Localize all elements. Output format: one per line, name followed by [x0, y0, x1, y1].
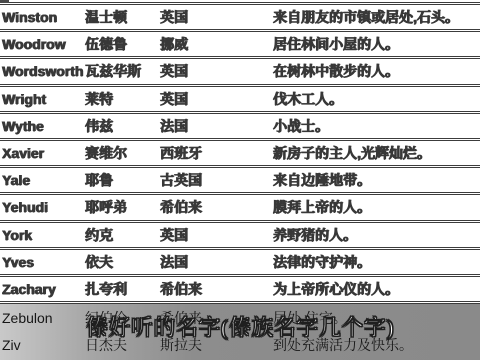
cell-origin: 英国 — [160, 10, 273, 24]
cell-english-name: Wythe — [2, 119, 85, 133]
cell-origin: 英国 — [160, 92, 273, 106]
cell-english-name: Yehudi — [2, 200, 85, 214]
cell-meaning: 来自边陲地带。 — [273, 173, 480, 187]
table-row: Woodrow伍德鲁挪威居住林间小屋的人。 — [0, 32, 480, 59]
names-table: Winston温士顿英国来自朋友的市镇或居处,石头。Woodrow伍德鲁挪威居住… — [0, 2, 480, 358]
table-row: Yves依夫法国法律的守护神。 — [0, 250, 480, 277]
cell-meaning: 膜拜上帝的人。 — [273, 200, 480, 214]
cell-transliteration: 耶鲁 — [85, 173, 160, 187]
table-row: Yehudi耶呼弟希伯来膜拜上帝的人。 — [0, 195, 480, 222]
cell-english-name: Wordsworth — [2, 64, 85, 78]
cell-origin: 古英国 — [160, 173, 273, 187]
cell-english-name: Winston — [2, 10, 85, 24]
table-row: Zachary扎夸利希伯来为上帝所心仪的人。 — [0, 277, 480, 304]
watermark-caption: 傣好听的名字(傣族名字几个字) — [0, 315, 480, 341]
cell-meaning: 居住林间小屋的人。 — [273, 37, 480, 51]
cell-meaning: 为上帝所心仪的人。 — [273, 282, 480, 296]
screenshot-stage: Winston温士顿英国来自朋友的市镇或居处,石头。Woodrow伍德鲁挪威居住… — [0, 0, 480, 360]
cell-english-name: Xavier — [2, 146, 85, 160]
cell-origin: 英国 — [160, 228, 273, 242]
cell-transliteration: 赛维尔 — [85, 146, 160, 160]
cell-english-name: Zachary — [2, 282, 85, 296]
cell-meaning: 来自朋友的市镇或居处,石头。 — [273, 10, 480, 24]
cell-origin: 法国 — [160, 119, 273, 133]
cell-transliteration: 温士顿 — [85, 10, 160, 24]
cell-transliteration: 莱特 — [85, 92, 160, 106]
cell-origin: 希伯来 — [160, 200, 273, 214]
cell-meaning: 伐木工人。 — [273, 92, 480, 106]
table-row: Wordsworth瓦兹华斯英国在树林中散步的人。 — [0, 59, 480, 86]
cell-origin: 英国 — [160, 64, 273, 78]
table-row: Wright莱特英国伐木工人。 — [0, 87, 480, 114]
table-row: Xavier赛维尔西班牙新房子的主人,光辉灿烂。 — [0, 141, 480, 168]
cell-origin: 希伯来 — [160, 282, 273, 296]
cell-english-name: Woodrow — [2, 37, 85, 51]
table-row: York约克英国养野猪的人。 — [0, 223, 480, 250]
cell-english-name: Yves — [2, 255, 85, 269]
table-row: Winston温士顿英国来自朋友的市镇或居处,石头。 — [0, 5, 480, 32]
cell-meaning: 养野猪的人。 — [273, 228, 480, 242]
cell-transliteration: 扎夸利 — [85, 282, 160, 296]
cell-transliteration: 耶呼弟 — [85, 200, 160, 214]
cell-english-name: Wright — [2, 92, 85, 106]
cell-transliteration: 瓦兹华斯 — [85, 64, 160, 78]
cell-transliteration: 约克 — [85, 228, 160, 242]
cell-transliteration: 依夫 — [85, 255, 160, 269]
cell-origin: 挪威 — [160, 37, 273, 51]
cell-meaning: 法律的守护神。 — [273, 255, 480, 269]
cell-transliteration: 伍德鲁 — [85, 37, 160, 51]
cell-origin: 西班牙 — [160, 146, 273, 160]
cell-english-name: York — [2, 228, 85, 242]
corner-dash-decoration — [0, 0, 9, 3]
cell-origin: 法国 — [160, 255, 273, 269]
cell-english-name: Yale — [2, 173, 85, 187]
cell-transliteration: 伟兹 — [85, 119, 160, 133]
table-row: Yale耶鲁古英国来自边陲地带。 — [0, 168, 480, 195]
table-row: Wythe伟兹法国小战士。 — [0, 114, 480, 141]
cell-meaning: 新房子的主人,光辉灿烂。 — [273, 146, 480, 160]
cell-meaning: 在树林中散步的人。 — [273, 64, 480, 78]
cell-meaning: 小战士。 — [273, 119, 480, 133]
